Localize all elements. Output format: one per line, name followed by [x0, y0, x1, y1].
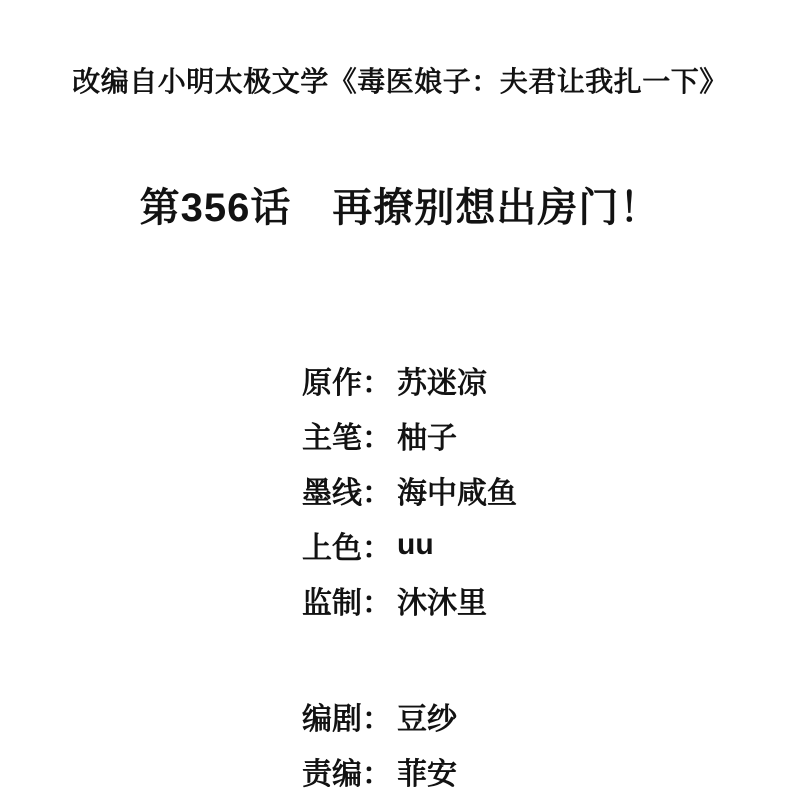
credit-name: 豆纱: [397, 694, 457, 738]
credit-name: 沐沐里: [397, 578, 487, 622]
credit-role: 墨线: [302, 468, 362, 512]
credit-colon: ：: [362, 694, 392, 738]
credit-colon: ：: [362, 523, 392, 567]
credit-row-editor: 责编：菲安: [302, 743, 517, 798]
credit-name: 柚子: [397, 413, 457, 457]
credit-row-screenwriter: 编剧：豆纱: [302, 688, 517, 743]
credit-row-supervisor: 监制：沐沐里: [302, 572, 517, 627]
credit-role: 监制: [302, 578, 362, 622]
credit-role: 责编: [302, 749, 362, 793]
chapter-title: 第356话 再撩别想出房门！: [0, 176, 800, 233]
credits-editorial-group: 编剧：豆纱 责编：菲安: [302, 688, 517, 798]
credit-colon: ：: [362, 578, 392, 622]
credits-block: 原作：苏迷凉 主笔：柚子 墨线：海中咸鱼 上色：uu 监制：沐沐里 编剧：豆纱 …: [302, 352, 517, 798]
credit-colon: ：: [362, 358, 392, 402]
credit-role: 编剧: [302, 694, 362, 738]
comic-title-page: 改编自小明太极文学《毒医娘子：夫君让我扎一下》 第356话 再撩别想出房门！ 原…: [0, 0, 800, 800]
credit-colon: ：: [362, 749, 392, 793]
credit-row-inking: 墨线：海中咸鱼: [302, 462, 517, 517]
credit-row-coloring: 上色：uu: [302, 517, 517, 572]
credit-row-lead-artist: 主笔：柚子: [302, 407, 517, 462]
credit-name: 菲安: [397, 749, 457, 793]
credit-row-original-author: 原作：苏迷凉: [302, 352, 517, 407]
credits-main-group: 原作：苏迷凉 主笔：柚子 墨线：海中咸鱼 上色：uu 监制：沐沐里: [302, 352, 517, 627]
adaptation-note: 改编自小明太极文学《毒医娘子：夫君让我扎一下》: [0, 60, 800, 100]
credit-role: 主笔: [302, 413, 362, 457]
credit-name: 海中咸鱼: [397, 468, 517, 512]
credit-name: 苏迷凉: [397, 358, 487, 402]
credit-colon: ：: [362, 413, 392, 457]
credit-name: uu: [397, 528, 434, 562]
credit-role: 原作: [302, 358, 362, 402]
credit-role: 上色: [302, 523, 362, 567]
credit-colon: ：: [362, 468, 392, 512]
